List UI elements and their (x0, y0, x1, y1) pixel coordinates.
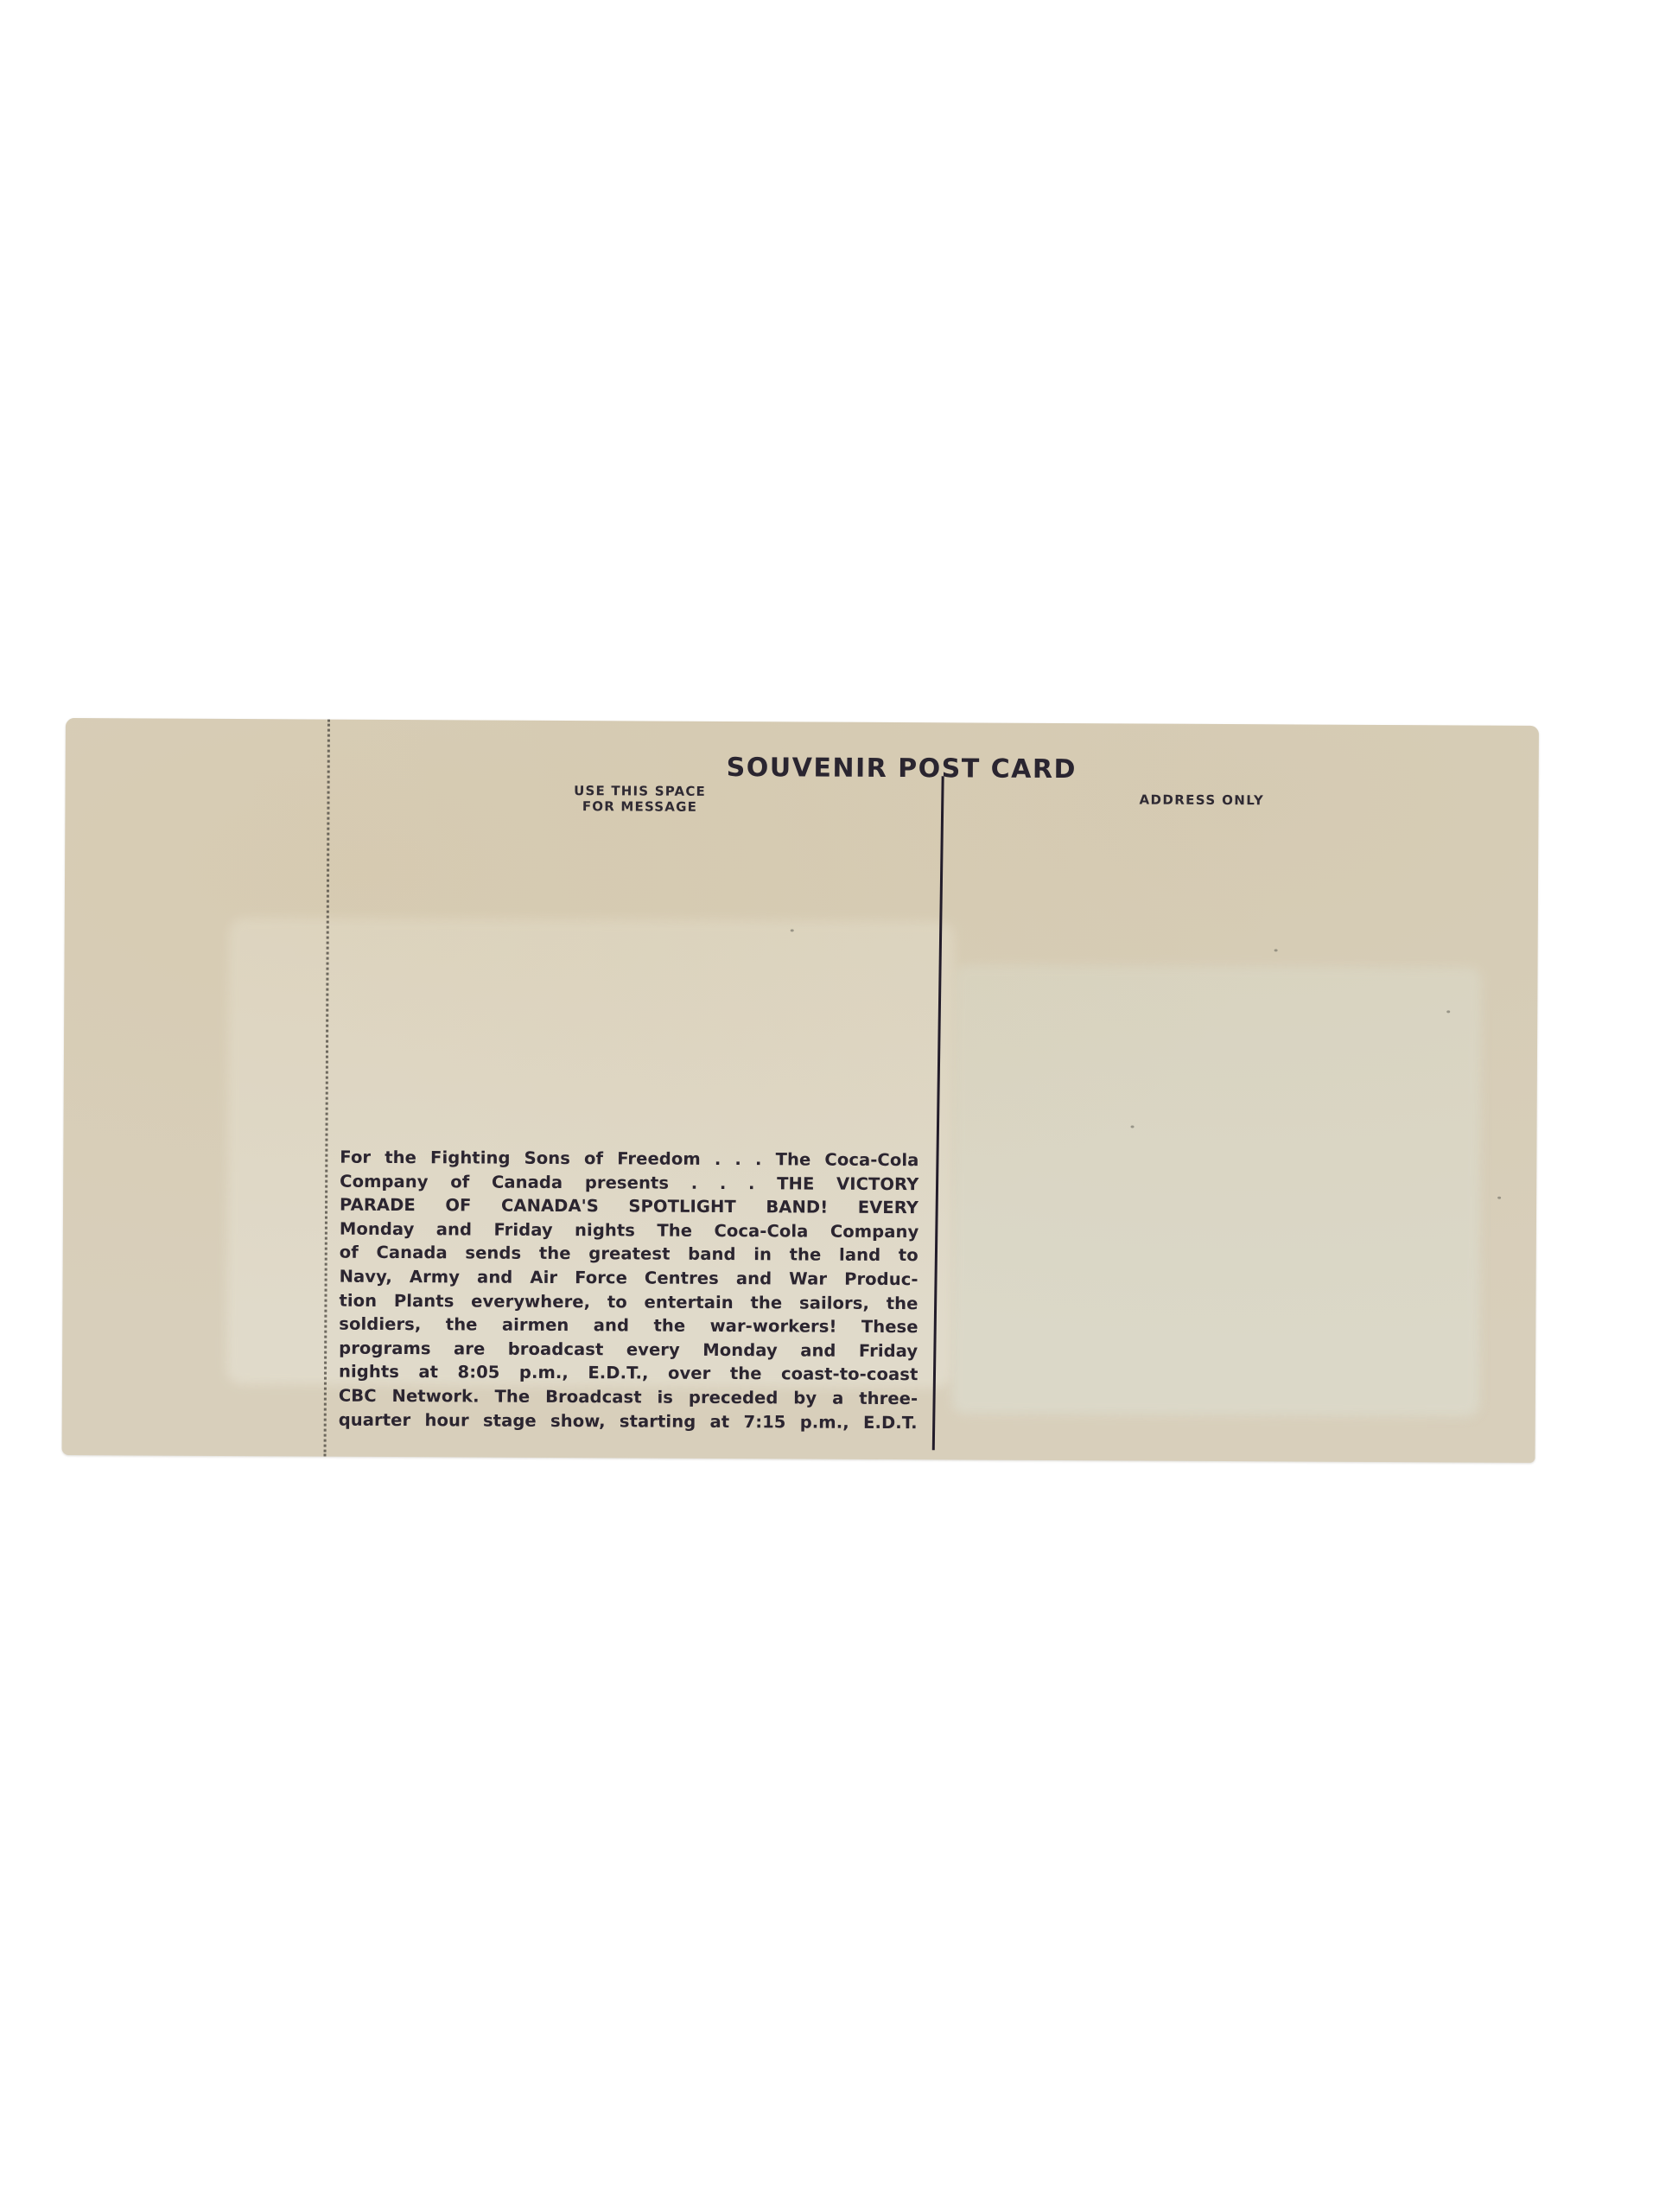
postcard: SOUVENIR POST CARD USE THIS SPACE FOR ME… (62, 718, 1539, 1463)
promo-line: PARADE OF CANADA'S SPOTLIGHT BAND! EVERY (340, 1193, 918, 1220)
address-only-label: ADDRESS ONLY (1139, 792, 1264, 809)
promo-line: For the Fighting Sons of Freedom . . . T… (340, 1146, 918, 1173)
promo-line: tion Plants everywhere, to entertain the… (339, 1288, 918, 1315)
promo-line: programs are broadcast every Monday and … (339, 1336, 918, 1363)
promo-paragraph: For the Fighting Sons of Freedom . . . T… (339, 1146, 919, 1435)
message-label-line-1: USE THIS SPACE (532, 783, 748, 799)
promo-line: nights at 8:05 p.m., E.D.T., over the co… (339, 1360, 918, 1387)
promo-line: of Canada sends the greatest band in the… (340, 1241, 918, 1268)
paper-speck (791, 929, 794, 931)
paper-speck (1497, 1197, 1501, 1199)
paper-speck (1131, 1125, 1135, 1128)
promo-line: Navy, Army and Air Force Centres and War… (340, 1265, 918, 1292)
postcard-headline: SOUVENIR POST CARD (727, 753, 1077, 785)
message-space-label: USE THIS SPACE FOR MESSAGE (531, 783, 747, 815)
faded-patch-right (952, 964, 1482, 1416)
promo-line: quarter hour stage show, starting at 7:1… (339, 1408, 918, 1434)
promo-line: soldiers, the airmen and the war-workers… (339, 1313, 918, 1339)
paper-speck (1446, 1010, 1450, 1013)
message-label-line-2: FOR MESSAGE (531, 798, 747, 815)
paper-speck (1274, 949, 1278, 951)
promo-line: Monday and Friday nights The Coca-Cola C… (340, 1217, 918, 1243)
promo-line: CBC Network. The Broadcast is preceded b… (339, 1384, 918, 1411)
promo-line: Company of Canada presents . . . THE VIC… (340, 1169, 918, 1196)
